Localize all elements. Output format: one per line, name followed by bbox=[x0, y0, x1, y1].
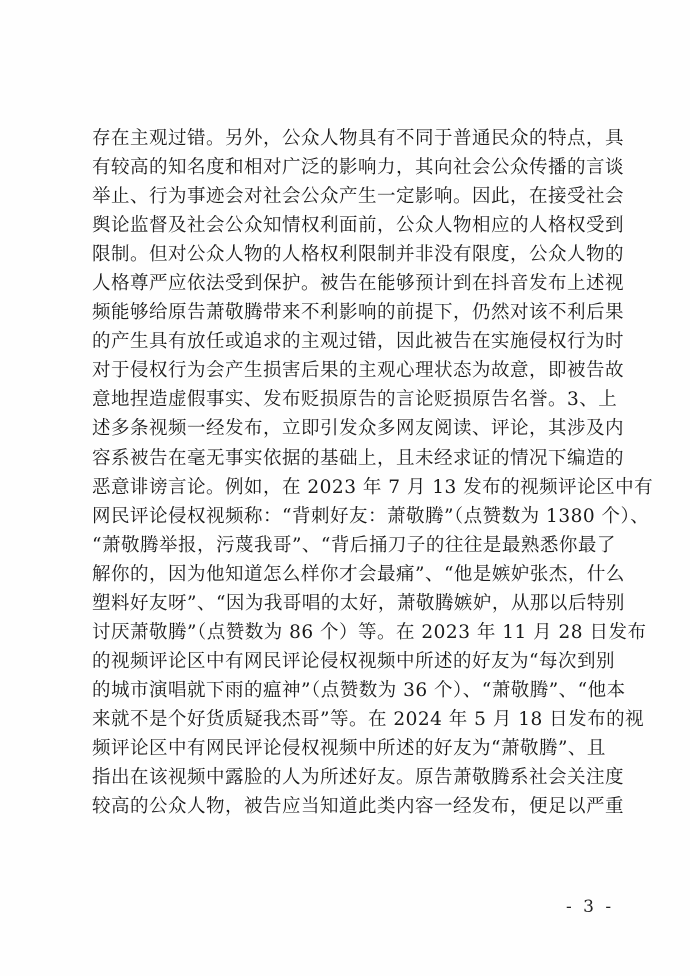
document-page: 存在主观过错。另外，公众人物具有不同于普通民众的特点，具 有较高的知名度和相对广… bbox=[0, 0, 690, 976]
text-line: 意地捏造虚假事实、发布贬损原告的言论贬损原告名誉。3、上 bbox=[92, 385, 602, 414]
text-line: 指出在该视频中露脸的人为所述好友。原告萧敬腾系社会关注度 bbox=[92, 763, 602, 792]
text-line: 有较高的知名度和相对广泛的影响力，其向社会公众传播的言谈 bbox=[92, 153, 602, 182]
text-line: 限制。但对公众人物的人格权利限制并非没有限度，公众人物的 bbox=[92, 240, 602, 269]
text-line: 恶意诽谤言论。例如，在 2023 年 7 月 13 发布的视频评论区中有 bbox=[92, 473, 602, 502]
text-line: 解你的，因为他知道怎么样你才会最痛”、“他是嫉妒张杰，什么 bbox=[92, 560, 602, 589]
page-number: - 3 - bbox=[566, 897, 614, 917]
text-line: 舆论监督及社会公众知情权利面前，公众人物相应的人格权受到 bbox=[92, 211, 602, 240]
text-line: 较高的公众人物，被告应当知道此类内容一经发布，便足以严重 bbox=[92, 792, 602, 821]
text-line: 举止、行为事迹会对社会公众产生一定影响。因此，在接受社会 bbox=[92, 182, 602, 211]
text-line: 容系被告在毫无事实依据的基础上，且未经求证的情况下编造的 bbox=[92, 444, 602, 473]
text-line: 人格尊严应依法受到保护。被告在能够预计到在抖音发布上述视 bbox=[92, 269, 602, 298]
text-line: 的产生具有放任或追求的主观过错，因此被告在实施侵权行为时 bbox=[92, 327, 602, 356]
text-line: 对于侵权行为会产生损害后果的主观心理状态为故意，即被告故 bbox=[92, 356, 602, 385]
document-body: 存在主观过错。另外，公众人物具有不同于普通民众的特点，具 有较高的知名度和相对广… bbox=[92, 124, 602, 821]
text-line: 述多条视频一经发布，立即引发众多网友阅读、评论，其涉及内 bbox=[92, 414, 602, 443]
text-line: 频评论区中有网民评论侵权视频中所述的好友为“萧敬腾”、且 bbox=[92, 734, 602, 763]
text-line: 的视频评论区中有网民评论侵权视频中所述的好友为“每次到别 bbox=[92, 647, 602, 676]
text-line: 塑料好友呀”、“因为我哥唱的太好，萧敬腾嫉妒，从那以后特别 bbox=[92, 589, 602, 618]
text-line: 存在主观过错。另外，公众人物具有不同于普通民众的特点，具 bbox=[92, 124, 602, 153]
text-line: 频能够给原告萧敬腾带来不利影响的前提下，仍然对该不利后果 bbox=[92, 298, 602, 327]
text-line: 讨厌萧敬腾”（点赞数为 86 个）等。在 2023 年 11 月 28 日发布 bbox=[92, 618, 602, 647]
text-line: “萧敬腾举报，污蔑我哥”、“背后捅刀子的往往是最熟悉你最了 bbox=[92, 531, 602, 560]
text-line: 来就不是个好货质疑我杰哥”等。在 2024 年 5 月 18 日发布的视 bbox=[92, 705, 602, 734]
text-line: 网民评论侵权视频称：“背刺好友：萧敬腾”（点赞数为 1380 个）、 bbox=[92, 502, 602, 531]
text-line: 的城市演唱就下雨的瘟神”（点赞数为 36 个）、“萧敬腾”、“他本 bbox=[92, 676, 602, 705]
